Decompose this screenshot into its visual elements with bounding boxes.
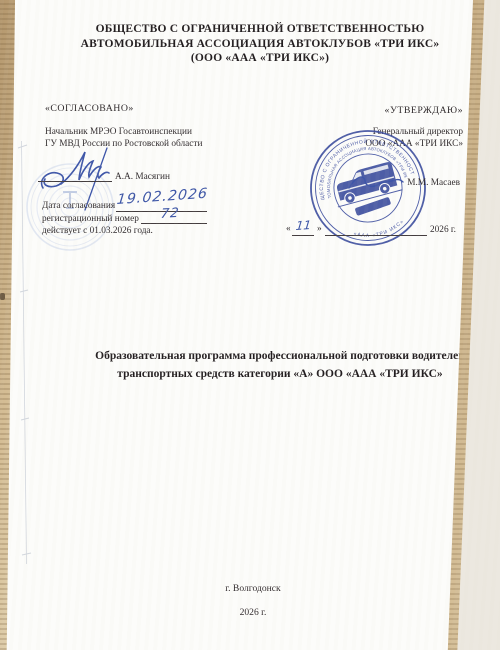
scan-edge-left: [0, 0, 16, 650]
agreed-signer-name: А.А. Масягин: [115, 172, 170, 184]
header-company-line2: АВТОМОБИЛЬНАЯ АССОЦИАЦИЯ АВТОКЛУБОВ «ТРИ…: [20, 37, 500, 52]
agreed-signature-line: [38, 181, 112, 182]
footer-city: г. Волгодонск: [13, 583, 493, 594]
approved-month-line: [325, 235, 427, 236]
approved-day-quote-close: »: [317, 224, 322, 236]
document-title: Образовательная программа профессиональн…: [50, 348, 500, 383]
document-header: ОБЩЕСТВО С ОГРАНИЧЕННОЙ ОТВЕТСТВЕННОСТЬЮ…: [20, 22, 500, 66]
agreed-date-label: Дата согласования: [42, 201, 115, 213]
agreed-title: «СОГЛАСОВАНО»: [45, 103, 134, 114]
scanned-document-page: ОБЩЕСТВО С ОГРАНИЧЕННОЙ ОТВЕТСТВЕННОСТЬЮ…: [0, 0, 500, 650]
approved-signer-name: М.М. Масаев: [300, 178, 460, 190]
approved-day-quote-open: «: [286, 224, 291, 236]
approved-title: «УТВЕРЖДАЮ»: [300, 105, 463, 116]
agreed-role-line1: Начальник МРЭО Госавтоинспекции: [45, 127, 255, 139]
agreed-reg-line: [141, 223, 207, 224]
document-title-line1: Образовательная программа профессиональн…: [50, 348, 500, 366]
header-company-line1: ОБЩЕСТВО С ОГРАНИЧЕННОЙ ОТВЕТСТВЕННОСТЬЮ: [20, 22, 500, 37]
agreed-valid-from: действует с 01.03.2026 года.: [42, 226, 153, 238]
approved-day-line: [292, 235, 314, 236]
stamp-banner: [355, 197, 392, 216]
agreed-reg-label: регистрационный номер: [42, 214, 139, 226]
agreed-reg-handwritten: 72: [160, 206, 180, 222]
scan-edge-right-area: [440, 0, 500, 650]
document-title-line2: транспортных средств категории «А» ООО «…: [50, 366, 500, 384]
scan-fold-line: [0, 0, 500, 650]
approved-day-handwritten: 11: [295, 218, 312, 233]
header-company-line3: (ООО «ААА «ТРИ ИКС»): [20, 51, 500, 66]
footer-year: 2026 г.: [13, 607, 493, 618]
scan-edge-speck: [0, 293, 5, 300]
